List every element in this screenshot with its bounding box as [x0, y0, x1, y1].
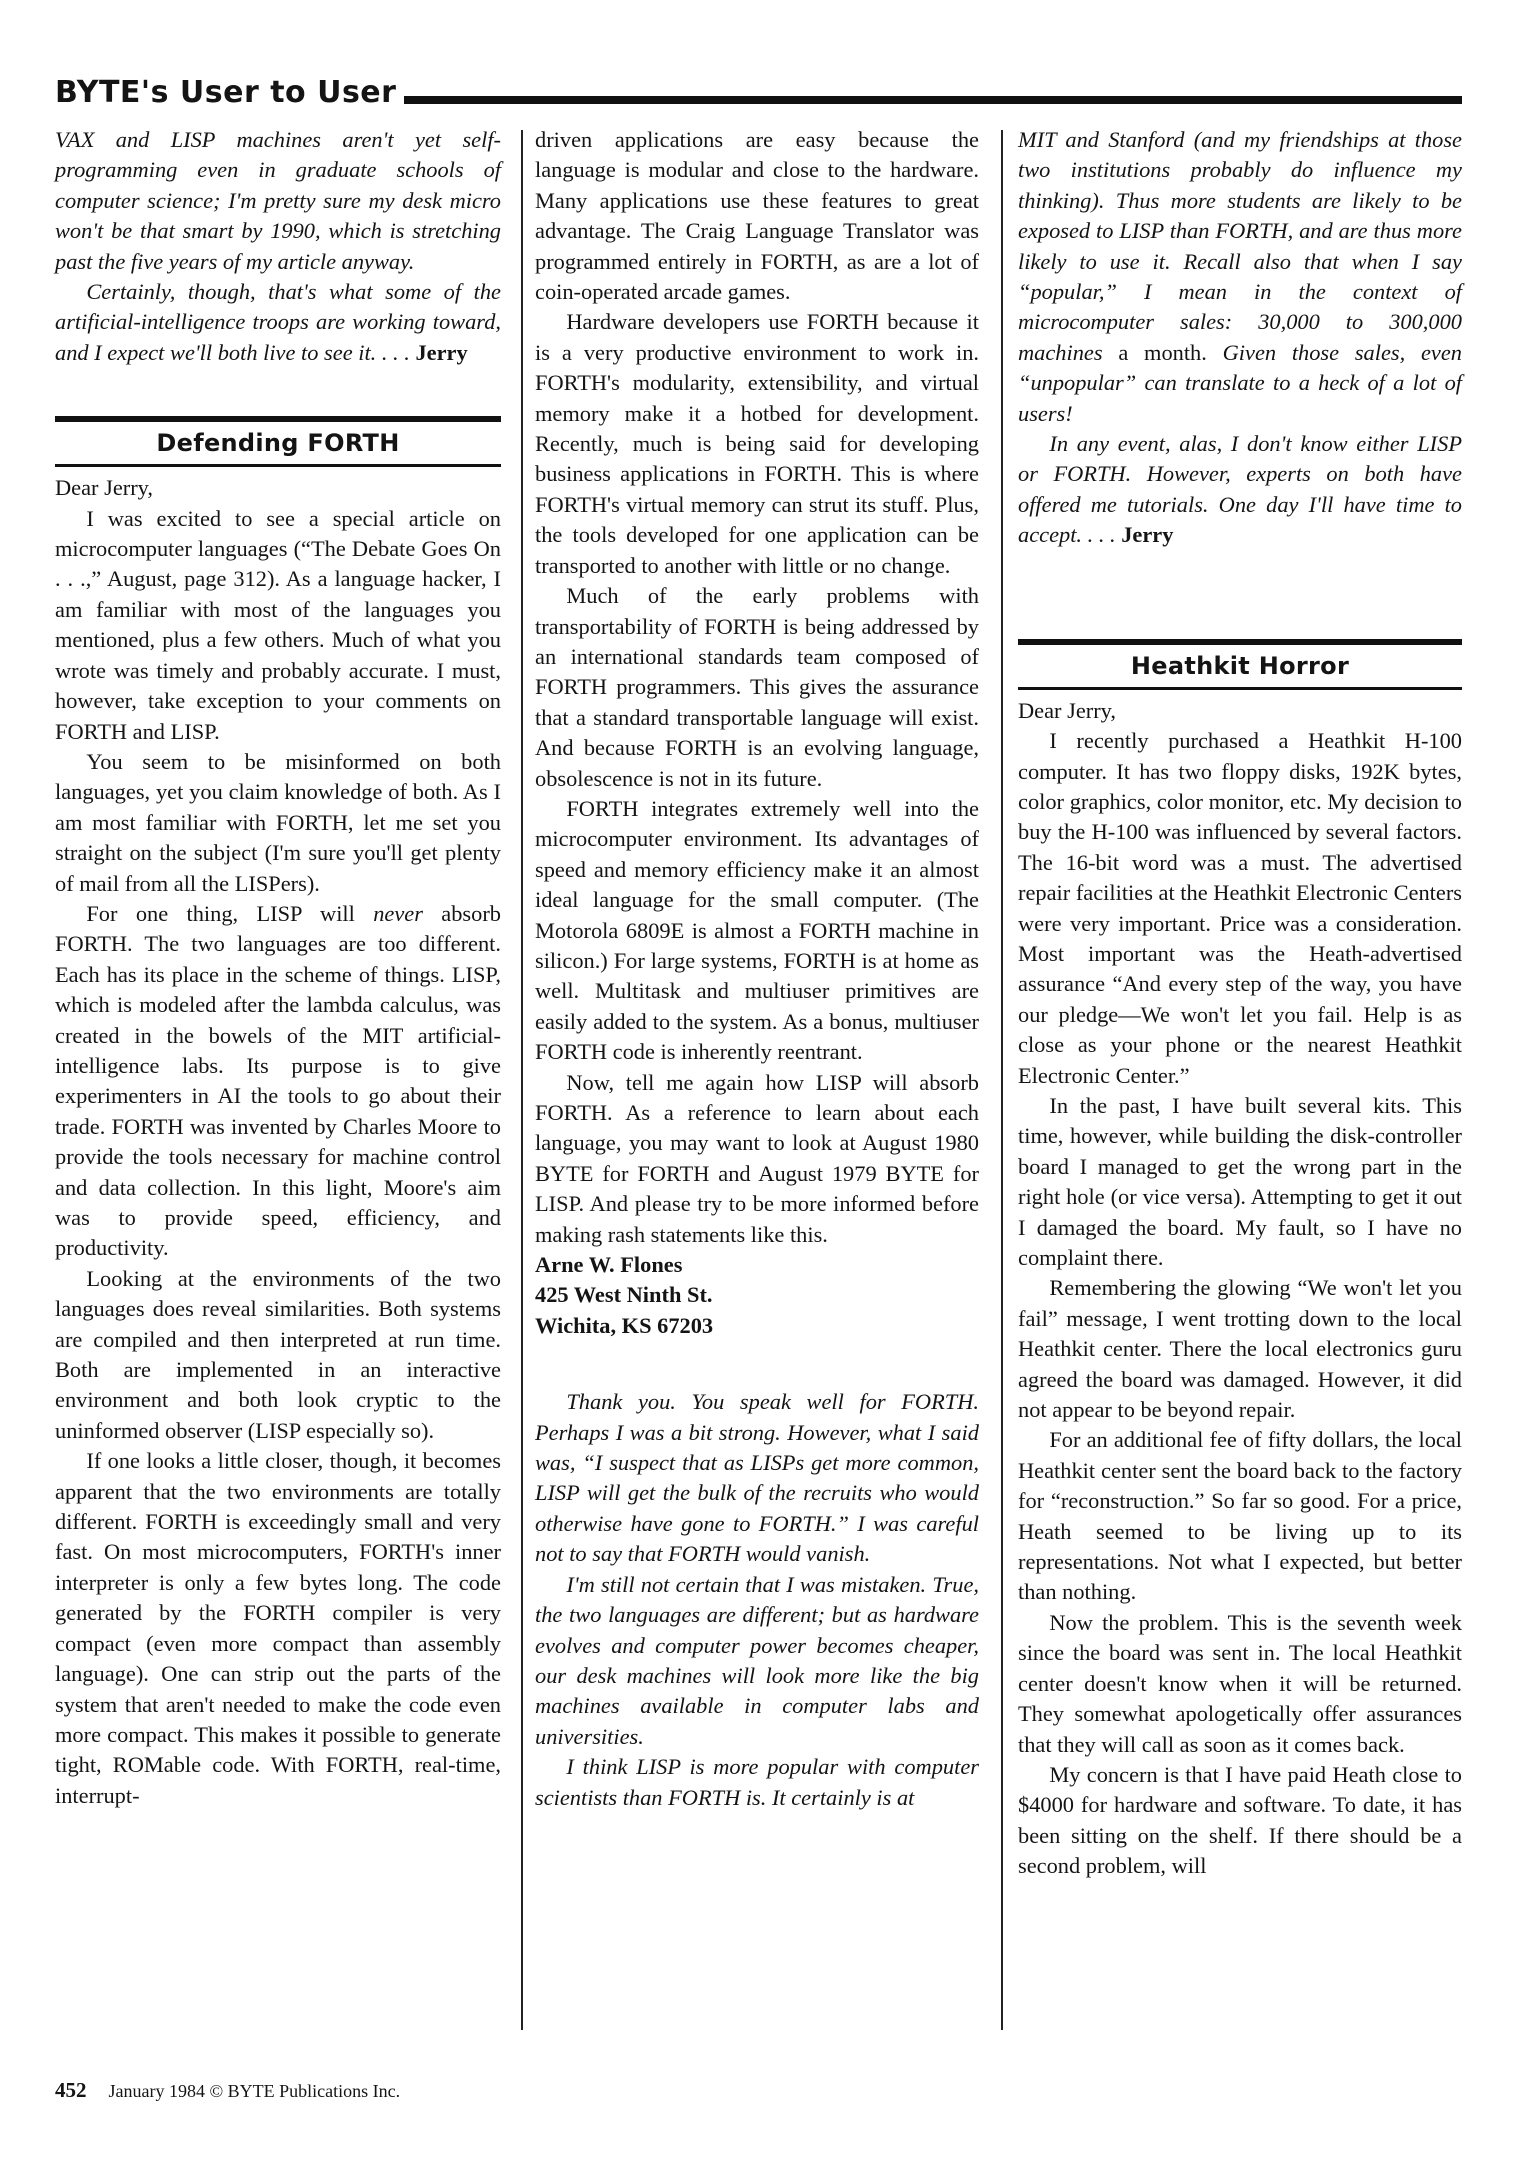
section-title: Defending FORTH [55, 422, 501, 464]
letter-paragraph: You seem to be misinformed on both langu… [55, 747, 501, 899]
text: For one thing, LISP will [86, 901, 373, 926]
editor-reply-text: I think LISP is more popular with comput… [535, 1752, 979, 1813]
emphasis: never [373, 901, 423, 926]
section-title: Heathkit Horror [1018, 645, 1462, 687]
section-heading-defending-forth: Defending FORTH [55, 416, 501, 467]
letter-paragraph: Looking at the environments of the two l… [55, 1264, 501, 1446]
letter-paragraph: For one thing, LISP will never absorb FO… [55, 899, 501, 1264]
letter-paragraph: Now the problem. This is the seventh wee… [1018, 1608, 1462, 1760]
page-footer: 452 January 1984 © BYTE Publications Inc… [55, 2078, 400, 2103]
author-name: Arne W. Flones [535, 1250, 979, 1280]
editor-reply-text: I'm still not certain that I was mistake… [535, 1570, 979, 1752]
author-city: Wichita, KS 67203 [535, 1311, 979, 1341]
letter-paragraph: Much of the early problems with transpor… [535, 581, 979, 794]
copyright-line: January 1984 © BYTE Publications Inc. [109, 2081, 401, 2102]
spacer [535, 1341, 979, 1387]
heading-rule-thin [1018, 687, 1462, 690]
letter-paragraph: In the past, I have built several kits. … [1018, 1091, 1462, 1273]
header-rule [404, 96, 1462, 104]
text: a month. [1103, 340, 1223, 365]
letter-paragraph: I recently purchased a Heathkit H-100 co… [1018, 726, 1462, 1091]
salutation: Dear Jerry, [1018, 696, 1462, 726]
spacer [55, 368, 501, 416]
letter-paragraph: Now, tell me again how LISP will absorb … [535, 1068, 979, 1250]
section-heading-heathkit-horror: Heathkit Horror [1018, 639, 1462, 690]
author-street: 425 West Ninth St. [535, 1280, 979, 1310]
letter-paragraph: I was excited to see a special article o… [55, 504, 501, 747]
letter-paragraph: For an additional fee of fifty dollars, … [1018, 1425, 1462, 1607]
spacer [1018, 551, 1462, 639]
letter-paragraph: FORTH integrates extremely well into the… [535, 794, 979, 1068]
column-divider [521, 130, 523, 2030]
letter-paragraph: driven applications are easy because the… [535, 125, 979, 307]
letter-paragraph: If one looks a little closer, though, it… [55, 1446, 501, 1811]
salutation: Dear Jerry, [55, 473, 501, 503]
text: MIT and Stanford (and my friendships at … [1018, 127, 1462, 365]
page-number: 452 [55, 2078, 87, 2103]
editor-signature: Jerry [1121, 522, 1173, 547]
text: In any event, alas, I don't know either … [1018, 431, 1462, 547]
editor-reply-text: In any event, alas, I don't know either … [1018, 429, 1462, 551]
letter-paragraph: My concern is that I have paid Heath clo… [1018, 1760, 1462, 1882]
editor-reply-text: Certainly, though, that's what some of t… [55, 277, 501, 368]
column-2: driven applications are easy because the… [535, 125, 979, 1813]
letter-paragraph: Hardware developers use FORTH because it… [535, 307, 979, 581]
letter-paragraph: Remembering the glowing “We won't let yo… [1018, 1273, 1462, 1425]
editor-reply-text: MIT and Stanford (and my friendships at … [1018, 125, 1462, 429]
editor-reply-text: Thank you. You speak well for FORTH. Per… [535, 1387, 979, 1569]
page-header: BYTE's User to User [55, 64, 1462, 110]
column-1: VAX and LISP machines aren't yet self-pr… [55, 125, 501, 1811]
heading-rule-thin [55, 464, 501, 467]
column-3: MIT and Stanford (and my friendships at … [1018, 125, 1462, 1882]
column-title: BYTE's User to User [55, 76, 396, 110]
text: absorb FORTH. The two languages are too … [55, 901, 501, 1260]
editor-signature: Jerry [415, 340, 467, 365]
column-divider [1001, 130, 1003, 2030]
editor-reply-text: VAX and LISP machines aren't yet self-pr… [55, 125, 501, 277]
